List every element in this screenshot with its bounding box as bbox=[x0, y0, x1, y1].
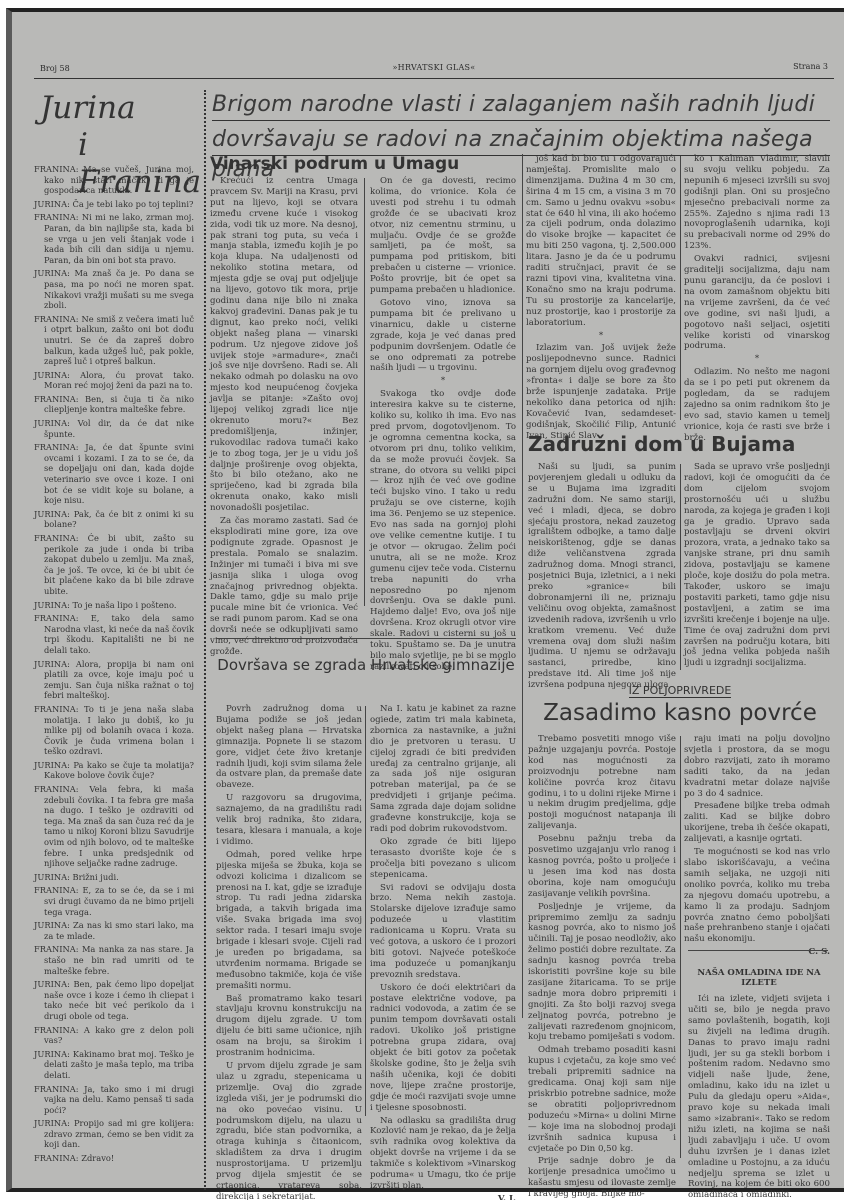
paragraph: Baš promatramo kako tesari stavljaju kro… bbox=[216, 994, 362, 1059]
headline-line1: Brigom narodne vlasti i zalaganjem naših… bbox=[212, 90, 830, 121]
dialogue-line: JURINA: Ča je tebi lako po toj teplini? bbox=[34, 199, 194, 210]
dialogue-line: JURINA: Pa kako se čuje ta molatija? Kak… bbox=[34, 760, 194, 781]
dialogue-line: FRANINA: Će bi ubit, zašto su perikole z… bbox=[34, 533, 194, 597]
paragraph: Presađene biljke treba odmah zaliti. Kad… bbox=[684, 801, 830, 845]
paragraph: Posebnu pažnju treba da posvetimo uzgaja… bbox=[528, 834, 676, 899]
dialogue-title-line1: Jurina bbox=[40, 90, 200, 127]
paragraph: Sada se upravo vrše posljednji radovi, k… bbox=[684, 462, 830, 669]
dialogue-line: JURINA: Ma znaš ča je. Po dana se pasa, … bbox=[34, 268, 194, 310]
paragraph: U prvom dijelu zgrade je sam ulaz u zgra… bbox=[216, 1061, 362, 1200]
dialogue-line: FRANINA: Vela febra, ki maša zdebuli čov… bbox=[34, 784, 194, 869]
paragraph: Ovakvi radnici, svijesni graditelji soci… bbox=[684, 254, 830, 352]
column-rule bbox=[680, 736, 681, 1158]
article-title: Vinarski podrum u Umagu bbox=[210, 154, 459, 174]
paragraph: Posljednje je vrijeme, da pripremimo zem… bbox=[528, 902, 676, 1044]
section-separator: * bbox=[370, 376, 516, 387]
paragraph: Naši su ljudi, sa punim povjerenjem gled… bbox=[528, 462, 676, 691]
paragraph: još kad bi bio tu i odgovarajući namješt… bbox=[526, 154, 676, 329]
section-separator: * bbox=[526, 331, 676, 342]
dialogue-line: JURINA: Brižni judi. bbox=[34, 872, 194, 883]
divider bbox=[216, 638, 516, 639]
dialogue-line: FRANINA: Ja, će dat špunte svini ovcami … bbox=[34, 442, 194, 506]
paragraph: Te mogućnosti se kod nas vrlo slabo isko… bbox=[684, 847, 830, 945]
dialogue-line: FRANINA: Ma se vučeš, Jurina moj, kako n… bbox=[34, 164, 194, 196]
dialogue-line: JURINA: Kakinamo brat moj. Teško je dela… bbox=[34, 1049, 194, 1081]
paragraph: Uskoro će doći električari da postave el… bbox=[370, 983, 516, 1114]
article-column: Na I. katu je kabinet za razne ogiede, z… bbox=[370, 704, 516, 1200]
dialogue-line: FRANINA: Ben, si čuja ti ča niko clieplj… bbox=[34, 394, 194, 415]
column-rule bbox=[365, 706, 366, 1116]
article-column: Naši su ljudi, sa punim povjerenjem gled… bbox=[528, 462, 676, 693]
article-column: Krećući iz centra Umaga pravcem Sv. Mari… bbox=[210, 176, 358, 660]
article-column: ko i Kaliman Vladimir, slavili su svoju … bbox=[684, 154, 830, 446]
paragraph: ko i Kaliman Vladimir, slavili su svoju … bbox=[684, 154, 830, 252]
section-label-text: IZ POLJOPRIVREDE bbox=[629, 684, 732, 698]
dialogue-line: FRANINA: Ne smiš z večera imati luč i ot… bbox=[34, 314, 194, 367]
section-separator: * bbox=[684, 354, 830, 365]
newspaper-name: »HRVATSKI GLAS« bbox=[34, 63, 834, 72]
dialogue-line: JURINA: To je naša lipo i pošteno. bbox=[34, 600, 194, 611]
paragraph: Ići na izlete, vidjeti svijeta i učiti s… bbox=[688, 994, 830, 1200]
article-column: Povrh zadružnog doma u Bujama podiže se … bbox=[216, 704, 362, 1200]
dialogue-line: FRANINA: E, za to se će, da se i mi svi … bbox=[34, 885, 194, 917]
paragraph: Gotovo vino, iznova sa pumpama bit će pr… bbox=[370, 298, 516, 374]
dialogue-line: JURINA: Pak, ča će bit z onimi ki su bol… bbox=[34, 509, 194, 530]
paragraph: raju imati na polju dovoljno svjetla i p… bbox=[684, 734, 830, 799]
article-title: Zadružni dom u Bujama bbox=[528, 432, 795, 456]
paragraph: Na odlasku sa gradilišta drug Kozlović n… bbox=[370, 1116, 516, 1192]
paragraph: Odmah trebamo posaditi kasni kupus i cvj… bbox=[528, 1045, 676, 1154]
article-title: Zasadimo kasno povrće bbox=[530, 700, 830, 726]
dialogue-line: JURINA: Propijo sad mi gre kolijera: zdr… bbox=[34, 1118, 194, 1150]
dialogue-line: FRANINA: To ti je jena naša slaba molati… bbox=[34, 704, 194, 757]
paragraph: Krećući iz centra Umaga pravcem Sv. Mari… bbox=[210, 176, 358, 514]
paragraph: Trebamo posvetiti mnogo više pažnje uzga… bbox=[528, 734, 676, 832]
dialogue-line: FRANINA: Ja, tako smo i mi drugi vajka n… bbox=[34, 1084, 194, 1116]
paragraph: Na I. katu je kabinet za razne ogiede, z… bbox=[370, 704, 516, 835]
article-column: Sada se upravo vrše posljednji radovi, k… bbox=[684, 462, 830, 671]
paragraph: U razgovoru sa drugovima, saznajemo, da … bbox=[216, 793, 362, 848]
article-column: još kad bi bio tu i odgovarajući namješt… bbox=[526, 154, 676, 444]
column-rule bbox=[364, 178, 365, 606]
column-rule bbox=[522, 154, 523, 1018]
paragraph: Svi radovi se odvijaju dosta brzo. Nema … bbox=[370, 883, 516, 981]
dialogue-line: JURINA: Alora, ću provat tako. Moran reć… bbox=[34, 370, 194, 391]
dialogue-line: FRANINA: A kako gre z delon poli vas? bbox=[34, 1025, 194, 1046]
column-rule bbox=[680, 464, 681, 670]
dialogue-line: JURINA: Vol dir, da će dat nike špunte. bbox=[34, 418, 194, 439]
dialogue-line: FRANINA: Ni mi ne lako, zrman moj. Paran… bbox=[34, 212, 194, 265]
main-headline: Brigom narodne vlasti i zalaganjem naših… bbox=[212, 90, 830, 160]
paragraph: Oko zgrade će biti lijepo terasasto dvor… bbox=[370, 837, 516, 881]
paragraph: Prije sadnje dobro je da korijenje presa… bbox=[528, 1156, 676, 1200]
dialogue-line: FRANINA: Zdravo! bbox=[34, 1153, 194, 1164]
page-header: Broj 58 »HRVATSKI GLAS« Strana 3 bbox=[34, 60, 834, 79]
dialogue-line: JURINA: Alora, propija bi nam oni platil… bbox=[34, 659, 194, 701]
dialogue-line: FRANINA: E, tako dela samo Narodna vlast… bbox=[34, 613, 194, 655]
article-title: NAŠA OMLADINA IDE NA IZLETE bbox=[688, 968, 830, 988]
column-divider bbox=[204, 90, 206, 1190]
dialogue-line: JURINA: Za nas ki smo stari lako, ma za … bbox=[34, 920, 194, 941]
article-column: On će ga dovesti, recimo kolima, do vrio… bbox=[370, 176, 516, 675]
paragraph: Svakoga tko ovdje dođe interesira kakve … bbox=[370, 389, 516, 673]
paragraph: On će ga dovesti, recimo kolima, do vrio… bbox=[370, 176, 516, 296]
dialogue-body: FRANINA: Ma se vučeš, Jurina moj, kako n… bbox=[34, 164, 194, 1167]
paragraph: Odmah, pored velike hrpe pijeska miješa … bbox=[216, 850, 362, 992]
section-label: IZ POLJOPRIVREDE bbox=[530, 684, 830, 697]
article-title: Dovršava se zgrada Hrvatske gimnazije bbox=[216, 654, 516, 676]
paragraph: Povrh zadružnog doma u Bujama podiže se … bbox=[216, 704, 362, 791]
article-column: raju imati na polju dovoljno svjetla i p… bbox=[684, 734, 830, 960]
column-rule bbox=[680, 156, 681, 420]
dialogue-line: JURINA: Ben, pak ćemo lipo dopeljat naše… bbox=[34, 979, 194, 1021]
signature: V. I. bbox=[370, 1194, 516, 1200]
headline-line2: dovršavaju se radovi na značajnim objekt… bbox=[212, 125, 830, 156]
page-number: Strana 3 bbox=[793, 62, 828, 71]
divider bbox=[688, 950, 828, 951]
article-column: Ići na izlete, vidjeti svijeta i učiti s… bbox=[688, 994, 830, 1200]
signature: C. S. bbox=[684, 947, 830, 958]
newspaper-page: Broj 58 »HRVATSKI GLAS« Strana 3 Jurina … bbox=[6, 8, 844, 1192]
article-column: Trebamo posvetiti mnogo više pažnje uzga… bbox=[528, 734, 676, 1200]
paragraph: Za čas moramo zastati. Sad će eksplodira… bbox=[210, 516, 358, 658]
dialogue-line: FRANINA: Ma nanka za nas stare. Ja stašo… bbox=[34, 944, 194, 976]
paragraph: Izlazim van. Još uvijek žeže poslijepodn… bbox=[526, 343, 676, 441]
